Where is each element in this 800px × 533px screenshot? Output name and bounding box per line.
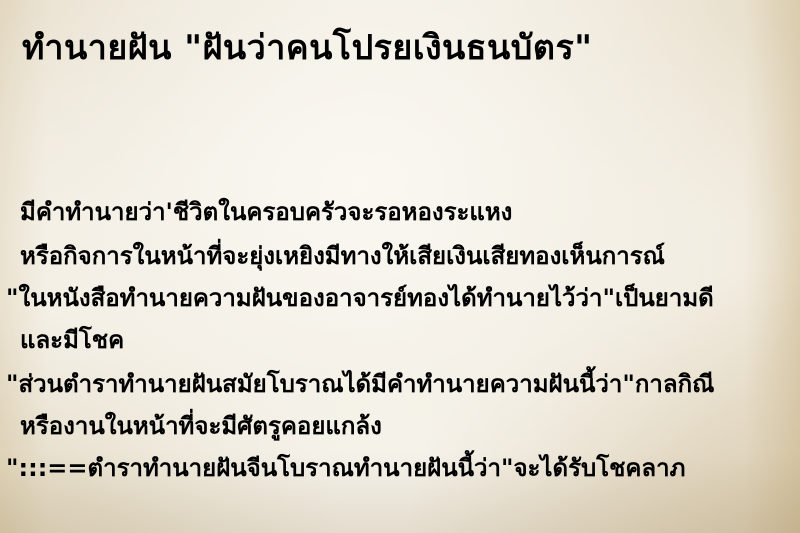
interpretation-line-7: ":::==ตำราทำนายฝันจีนโบราณทำนายฝันนี้ว่า… — [6, 448, 685, 488]
interpretation-line-3: "ในหนังสือทำนายความฝันของอาจารย์ทองได้ทำ… — [6, 278, 714, 318]
page-title: ทำนายฝัน "ฝันว่าคนโปรยเงินธนบัตร" — [22, 18, 592, 78]
interpretation-line-5: "ส่วนตำราทำนายฝันสมัยโบราณได้มีคำทำนายคว… — [6, 364, 714, 404]
interpretation-line-2: หรือกิจการในหน้าที่จะยุ่งเหยิงมีทางให้เส… — [20, 236, 665, 276]
interpretation-line-1: มีคำทำนายว่า'ชีวิตในครอบครัวจะรอหองระแหง — [20, 192, 512, 232]
interpretation-line-4: และมีโชค — [20, 320, 124, 360]
interpretation-line-6: หรืองานในหน้าที่จะมีศัตรูคอยแกล้ง — [20, 406, 382, 446]
